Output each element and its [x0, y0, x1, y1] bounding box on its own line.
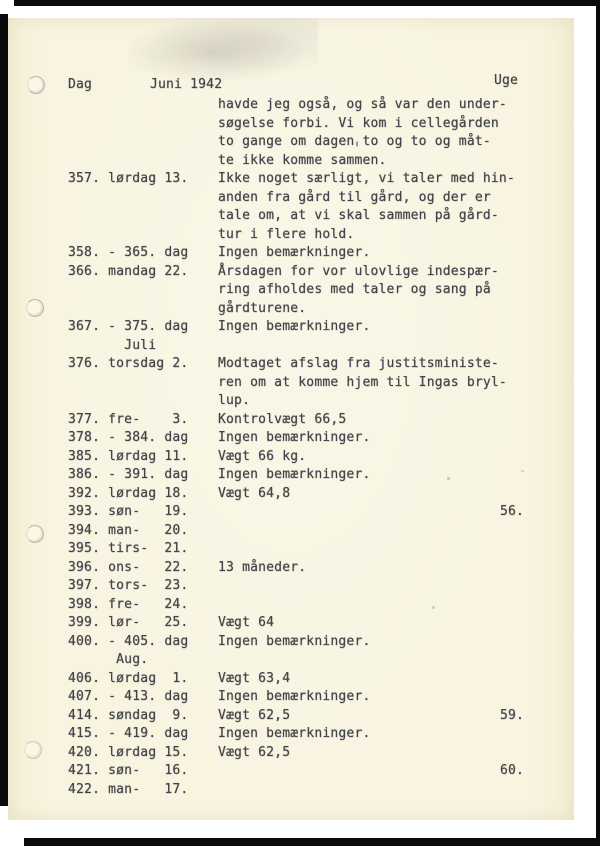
entry-remark: Ikke noget særligt, vi taler med hin-and…	[218, 170, 500, 244]
entry-date: 398. fre- 24.	[68, 596, 218, 615]
remark-line: Modtaget afslag fra justitsministe-	[218, 355, 500, 374]
remark-line: Vægt 64	[218, 614, 500, 633]
entry-date: 358. - 365. dag	[68, 244, 218, 263]
entry-date: 421. søn- 16.	[68, 762, 218, 781]
entry-date: 422. man- 17.	[68, 781, 218, 800]
remark-line: Ingen bemærkninger.	[218, 429, 500, 448]
diary-entry-row: 415. - 419. dag Ingen bemærkninger.	[68, 725, 568, 744]
entry-remark: Årsdagen for vor ulovlige indespær-ring …	[218, 263, 500, 319]
remark-line: to gange om dagen to og to og måt-	[218, 133, 500, 152]
diary-entry-row: 397. tors- 23.	[68, 577, 568, 596]
punch-hole	[27, 76, 45, 94]
diary-entry-row: 376. torsdag 2. Modtaget afslag fra just…	[68, 355, 568, 411]
entry-date: 397. tors- 23.	[68, 577, 218, 596]
diary-entry-row: Aug.	[68, 651, 568, 670]
entry-date: 376. torsdag 2.	[68, 355, 218, 374]
diary-entry-row: 357. lørdag 13. Ikke noget særligt, vi t…	[68, 170, 568, 244]
diary-entry-row: 358. - 365. dag Ingen bemærkninger.	[68, 244, 568, 263]
remark-line: tur i flere hold.	[218, 226, 500, 245]
diary-entry-row: 377. fre- 3. Kontrolvægt 66,5	[68, 411, 568, 430]
entry-remark: Vægt 64,8	[218, 485, 500, 504]
remark-line: ring afholdes med taler og sang på	[218, 281, 500, 300]
entry-date: 406. lørdag 1.	[68, 670, 218, 689]
entry-week-number: 60.	[500, 762, 568, 781]
diary-entry-row: 420. lørdag 15. Vægt 62,5	[68, 744, 568, 763]
entry-remark: Ingen bemærkninger.	[218, 429, 500, 448]
diary-entry-row: 407. - 413. dag Ingen bemærkninger.	[68, 688, 568, 707]
entry-date: 396. ons- 22.	[68, 559, 218, 578]
entry-remark: Ingen bemærkninger.	[218, 633, 500, 652]
entry-date: 367. - 375. dag	[68, 318, 218, 337]
diary-entry-row: 414. søndag 9. Vægt 62,5 59.	[68, 707, 568, 726]
punch-hole	[26, 299, 44, 317]
punch-hole	[26, 525, 44, 543]
scan-smudge	[128, 18, 318, 80]
diary-entry-row: 399. lør- 25. Vægt 64	[68, 614, 568, 633]
entry-date: 386. - 391. dag	[68, 466, 218, 485]
entry-week-number: 56.	[500, 503, 568, 522]
entry-date: 414. søndag 9.	[68, 707, 218, 726]
entry-remark: Ingen bemærkninger.	[218, 318, 500, 337]
remark-line: søgelse forbi. Vi kom i cellegården	[218, 115, 500, 134]
entry-remark: Kontrolvægt 66,5	[218, 411, 500, 430]
entry-date: 366. mandag 22.	[68, 263, 218, 282]
diary-entry-row: 386. - 391. dag Ingen bemærkninger.	[68, 466, 568, 485]
entry-date: 378. - 384. dag	[68, 429, 218, 448]
diary-entry-row: 421. søn- 16. 60.	[68, 762, 568, 781]
entry-remark: Vægt 63,4	[218, 670, 500, 689]
entry-date: 415. - 419. dag	[68, 725, 218, 744]
entry-date: 357. lørdag 13.	[68, 170, 218, 189]
scan-border-right	[596, 0, 600, 840]
entry-remark: 13 måneder.	[218, 559, 500, 578]
week-column-header: Uge	[494, 72, 518, 91]
month-title: Juni 1942	[150, 76, 222, 95]
diary-entry-row: 396. ons- 22. 13 måneder.	[68, 559, 568, 578]
entry-remark: Ingen bemærkninger.	[218, 466, 500, 485]
remark-line: anden fra gård til gård, og der er	[218, 189, 500, 208]
entry-date: 394. man- 20.	[68, 522, 218, 541]
remark-line: lup.	[218, 392, 500, 411]
entry-date: 420. lørdag 15.	[68, 744, 218, 763]
remark-line: Kontrolvægt 66,5	[218, 411, 500, 430]
remark-line: Ingen bemærkninger.	[218, 688, 500, 707]
entry-date: Aug.	[68, 651, 218, 670]
remark-line: havde jeg også, og så var den under-	[218, 96, 500, 115]
entry-date: 392. lørdag 18.	[68, 485, 218, 504]
entry-date: Juli	[68, 337, 218, 356]
entry-date: 399. lør- 25.	[68, 614, 218, 633]
remark-line: Ingen bemærkninger.	[218, 244, 500, 263]
entry-remark: havde jeg også, og så var den under-søge…	[218, 96, 500, 170]
entry-remark: Vægt 64	[218, 614, 500, 633]
remark-line: gårdturene.	[218, 300, 500, 319]
entry-remark: Ingen bemærkninger.	[218, 244, 500, 263]
entry-week-number: 59.	[500, 707, 568, 726]
entry-remark: Vægt 66 kg.	[218, 448, 500, 467]
entry-date: 393. søn- 19.	[68, 503, 218, 522]
entry-date: 385. lørdag 11.	[68, 448, 218, 467]
entry-remark: Vægt 62,5	[218, 707, 500, 726]
scan-border-bottom	[24, 838, 600, 846]
entry-date: 395. tirs- 21.	[68, 540, 218, 559]
diary-entry-row: 367. - 375. dag Ingen bemærkninger.	[68, 318, 568, 337]
day-column-header: Dag	[68, 76, 92, 95]
diary-entry-row: 398. fre- 24.	[68, 596, 568, 615]
remark-line: Ingen bemærkninger.	[218, 633, 500, 652]
diary-entry-row: 394. man- 20.	[68, 522, 568, 541]
remark-line: Vægt 64,8	[218, 485, 500, 504]
document-page: Dag Juni 1942 Uge havde jeg også, og så …	[8, 18, 574, 820]
remark-line: tale om, at vi skal sammen på gård-	[218, 207, 500, 226]
entry-date: 400. - 405. dag	[68, 633, 218, 652]
remark-line: Ingen bemærkninger.	[218, 725, 500, 744]
diary-entry-row: 366. mandag 22. Årsdagen for vor ulovlig…	[68, 263, 568, 319]
diary-entry-row: 385. lørdag 11. Vægt 66 kg.	[68, 448, 568, 467]
diary-entry-row: 393. søn- 19. 56.	[68, 503, 568, 522]
entry-remark: Vægt 62,5	[218, 744, 500, 763]
diary-entry-row: 392. lørdag 18. Vægt 64,8	[68, 485, 568, 504]
entry-remark: Ingen bemærkninger.	[218, 725, 500, 744]
remark-line: ren om at komme hjem til Ingas bryl-	[218, 374, 500, 393]
remark-line: Ikke noget særligt, vi taler med hin-	[218, 170, 500, 189]
entry-date: 407. - 413. dag	[68, 688, 218, 707]
diary-entry-row: 406. lørdag 1. Vægt 63,4	[68, 670, 568, 689]
scan-border-left	[0, 14, 8, 806]
entry-remark: Modtaget afslag fra justitsministe-ren o…	[218, 355, 500, 411]
remark-line: Årsdagen for vor ulovlige indespær-	[218, 263, 500, 282]
remark-line: Vægt 63,4	[218, 670, 500, 689]
diary-entry-row: 395. tirs- 21.	[68, 540, 568, 559]
diary-entry-row: 378. - 384. dag Ingen bemærkninger.	[68, 429, 568, 448]
remark-line: Ingen bemærkninger.	[218, 318, 500, 337]
diary-entry-row: Juli	[68, 337, 568, 356]
entry-date: 377. fre- 3.	[68, 411, 218, 430]
diary-entry-row: 400. - 405. dag Ingen bemærkninger.	[68, 633, 568, 652]
punch-hole	[24, 741, 42, 759]
diary-entry-row: 422. man- 17.	[68, 781, 568, 800]
remark-line: 13 måneder.	[218, 559, 500, 578]
entry-remark: Ingen bemærkninger.	[218, 688, 500, 707]
diary-entries: havde jeg også, og så var den under-søge…	[68, 96, 568, 799]
remark-line: Ingen bemærkninger.	[218, 466, 500, 485]
remark-line: te ikke komme sammen.	[218, 152, 500, 171]
remark-line: Vægt 62,5	[218, 707, 500, 726]
remark-line: Vægt 66 kg.	[218, 448, 500, 467]
diary-entry-row: havde jeg også, og så var den under-søge…	[68, 96, 568, 170]
remark-line: Vægt 62,5	[218, 744, 500, 763]
scan-border-top	[14, 0, 600, 6]
